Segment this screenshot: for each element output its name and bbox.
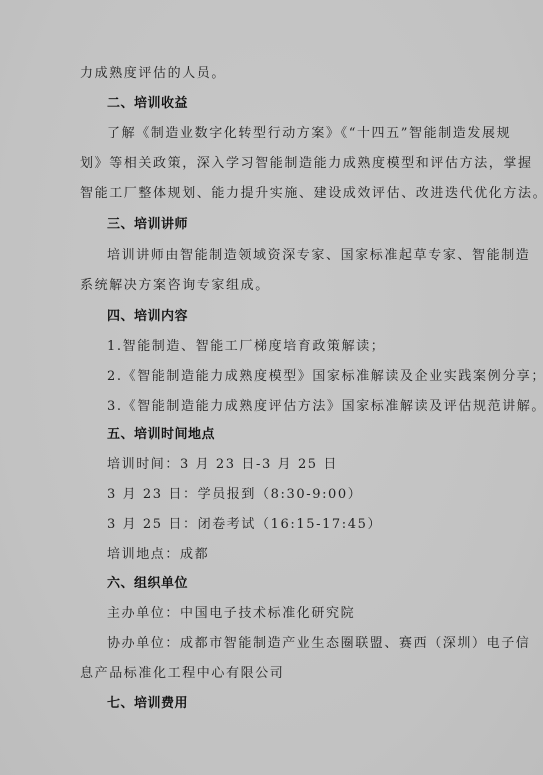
section-heading-benefits: 二、培训收益 (107, 96, 188, 112)
intro-tail-text: 力成熟度评估的人员。 (80, 66, 226, 82)
registration-time-text: 3 月 23 日：学员报到（8:30-9:00） (107, 487, 362, 503)
content-list-item: 1.智能制造、智能工厂梯度培育政策解读； (107, 339, 385, 355)
instructors-paragraph-line: 培训讲师由智能制造领域资深专家、国家标准起草专家、智能制造 (107, 248, 530, 264)
section-heading-content: 四、培训内容 (107, 309, 188, 325)
benefits-paragraph-line: 了解《制造业数字化转型行动方案》《“十四五”智能制造发展规 (107, 126, 511, 142)
content-list-item: 2.《智能制造能力成熟度模型》国家标准解读及企业实践案例分享； (107, 369, 543, 385)
document-page: 力成熟度评估的人员。 二、培训收益 了解《制造业数字化转型行动方案》《“十四五”… (0, 0, 543, 775)
training-time-text: 培训时间：3 月 23 日-3 月 25 日 (107, 457, 338, 473)
host-organization-text: 主办单位：中国电子技术标准化研究院 (107, 606, 355, 622)
training-location-text: 培训地点：成都 (107, 547, 209, 563)
benefits-paragraph-line: 智能工厂整体规划、能力提升实施、建设成效评估、改进迭代优化方法。 (80, 186, 543, 202)
section-heading-fees: 七、培训费用 (107, 696, 188, 712)
section-heading-instructors: 三、培训讲师 (107, 217, 188, 233)
co-organizer-text-continued: 息产品标准化工程中心有限公司 (80, 666, 284, 682)
exam-time-text: 3 月 25 日：闭卷考试（16:15-17:45） (107, 517, 382, 533)
co-organizer-text: 协办单位：成都市智能制造产业生态圈联盟、赛西（深圳）电子信 (107, 636, 530, 652)
content-list-item: 3.《智能制造能力成熟度评估方法》国家标准解读及评估规范讲解。 (107, 399, 543, 415)
section-heading-organizers: 六、组织单位 (107, 576, 188, 592)
instructors-paragraph-line: 系统解决方案咨询专家组成。 (80, 278, 270, 294)
section-heading-time-location: 五、培训时间地点 (107, 427, 215, 443)
benefits-paragraph-line: 划》等相关政策，深入学习智能制造能力成熟度模型和评估方法，掌握 (80, 156, 533, 172)
